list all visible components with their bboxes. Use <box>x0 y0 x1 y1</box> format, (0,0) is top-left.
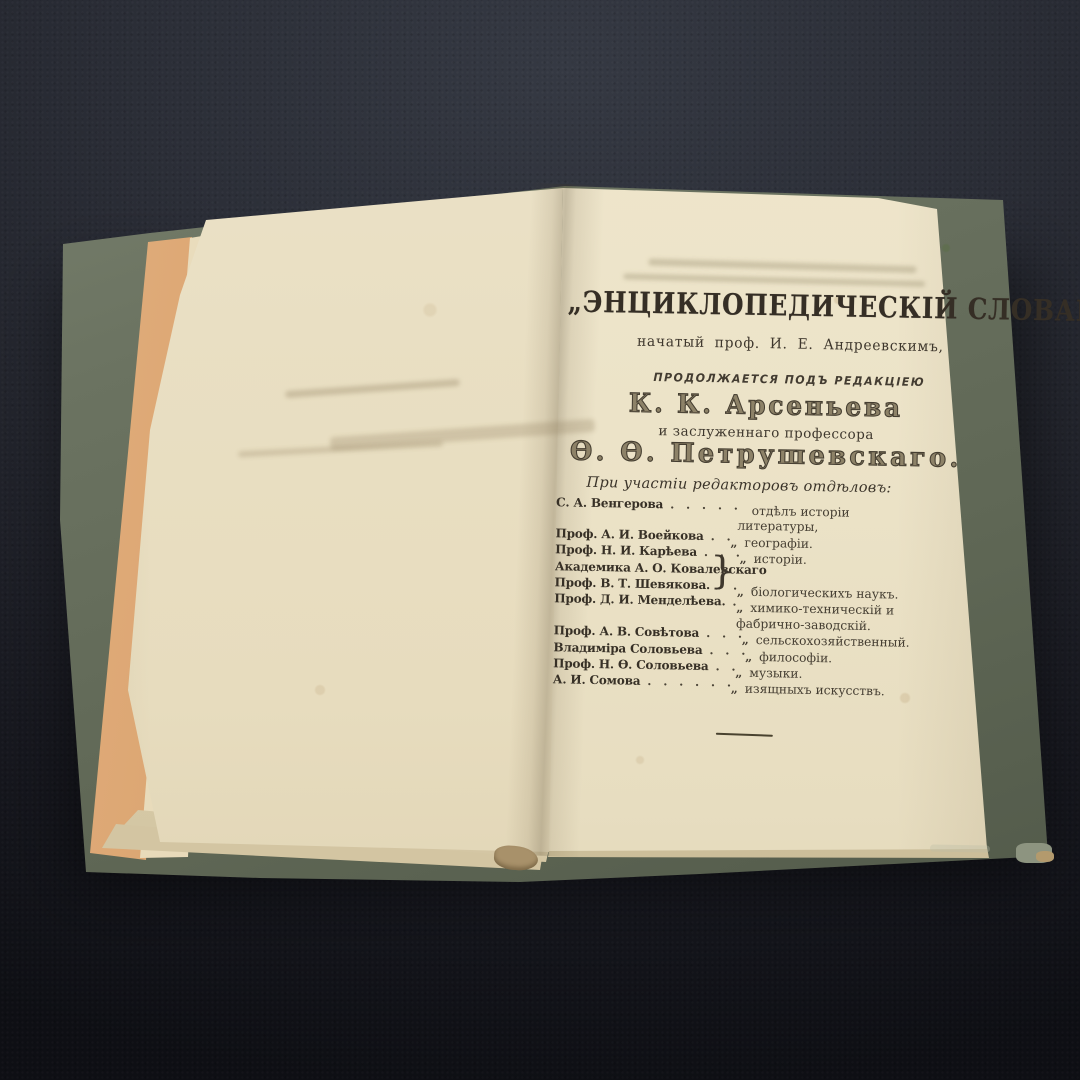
group-brace: } <box>709 549 735 593</box>
ditto-mark: „ <box>730 534 744 550</box>
contributor-dots: . . . . . <box>663 497 738 512</box>
contributors-list: С. А. Венгерова. . . . . отдѣлъ исторіи … <box>553 494 968 695</box>
contributor-dots: . . . . . . <box>640 674 731 690</box>
continued-under-editorship: ПРОДОЛЖАЕТСЯ ПОДЪ РЕДАКЦІЕЮ <box>653 370 925 389</box>
ditto-mark: „ <box>740 551 754 567</box>
cover-wear-chip <box>1036 851 1054 862</box>
ditto-mark: „ <box>737 584 751 600</box>
contributor-department: „изящныхъ искусствъ. <box>731 681 927 701</box>
contributor-dots: . . . <box>702 643 745 658</box>
contributor-dots: . . <box>708 659 735 673</box>
contributor-dots: . . <box>704 529 731 543</box>
subtitle-started-by: начатый проф. И. Е. Андреевскимъ, <box>637 334 944 356</box>
ditto-mark: „ <box>731 681 745 697</box>
section-divider <box>716 733 773 737</box>
editor-primary-name: К. К. Арсеньева <box>629 389 903 424</box>
contributor-name: А. И. Сомова. . . . . . <box>553 672 731 692</box>
contributor-department: „химико-техническій и фабрично-заводскій… <box>736 600 933 635</box>
contributor-name: С. А. Венгерова. . . . . <box>556 494 738 514</box>
bleedthrough-line <box>648 259 916 274</box>
contributor-department: отдѣлъ исторіи литературы, <box>737 504 934 538</box>
contributor-dots: . <box>725 595 736 609</box>
ditto-mark: „ <box>736 600 750 616</box>
title-page-text: „ЭНЦИКЛОПЕДИЧЕСКІЙ СЛОВАРЬ“, начатый про… <box>532 180 1005 878</box>
ditto-mark: „ <box>742 632 756 648</box>
editor-secondary-name: Ѳ. Ѳ. Петрушевскаго. <box>570 437 962 474</box>
contributors-heading: При участіи редакторовъ отдѣловъ: <box>586 475 892 497</box>
ditto-mark: „ <box>745 648 759 664</box>
bleedthrough-line <box>623 273 925 287</box>
cover-wear-chip <box>930 844 990 852</box>
contributor-name: Проф. Д. И. Менделѣева.. <box>554 591 736 611</box>
ditto-mark: „ <box>735 665 749 681</box>
photo-scene: „ЭНЦИКЛОПЕДИЧЕСКІЙ СЛОВАРЬ“, начатый про… <box>0 0 1080 1080</box>
